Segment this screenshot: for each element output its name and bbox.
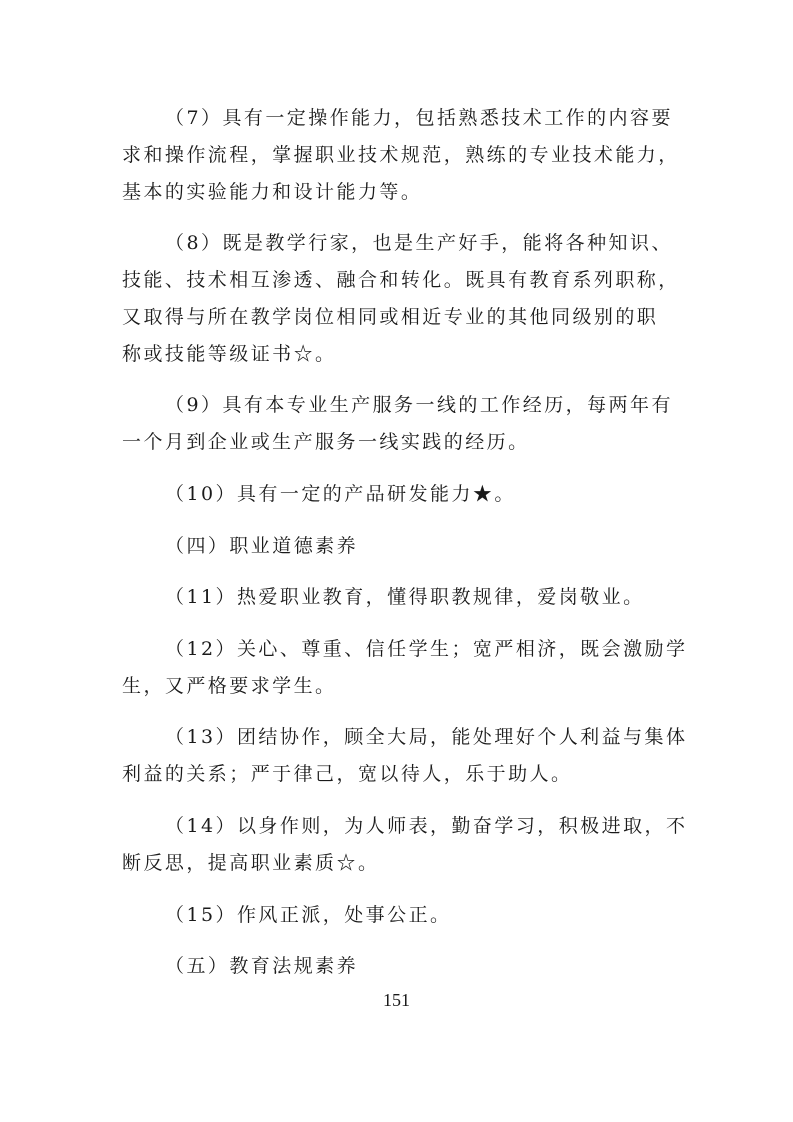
paragraph-first-line: （10）具有一定的产品研发能力★。 — [165, 482, 516, 506]
paragraph-first-line: （12）关心、尊重、信任学生；宽严相济，既会激励学 — [165, 637, 687, 661]
paragraph-first-line: （五）教育法规素养 — [165, 954, 358, 978]
paragraph-continuation-line: 又取得与所在教学岗位相同或相近专业的其他同级别的职 — [122, 305, 658, 329]
paragraph-continuation-line: 断反思，提高职业素质☆。 — [122, 851, 379, 875]
paragraph-first-line: （15）作风正派，处事公正。 — [165, 903, 451, 927]
paragraph-first-line: （13）团结协作，顾全大局，能处理好个人利益与集体 — [165, 725, 687, 749]
paragraph-first-line: （14）以身作则，为人师表，勤奋学习，积极进取，不 — [165, 814, 687, 838]
paragraph-continuation-line: 一个月到企业或生产服务一线实践的经历。 — [122, 430, 530, 454]
paragraph-continuation-line: 称或技能等级证书☆。 — [122, 342, 337, 366]
paragraph-first-line: （11）热爱职业教育，懂得职教规律，爱岗敬业。 — [165, 585, 645, 609]
paragraph-continuation-line: 求和操作流程，掌握职业技术规范，熟练的专业技术能力， — [122, 143, 680, 167]
paragraph-continuation-line: 基本的实验能力和设计能力等。 — [122, 180, 422, 204]
document-page: （7）具有一定操作能力，包括熟悉技术工作的内容要求和操作流程，掌握职业技术规范，… — [0, 0, 793, 1122]
paragraph-first-line: （四）职业道德素养 — [165, 534, 358, 558]
paragraph-first-line: （9）具有本专业生产服务一线的工作经历，每两年有 — [165, 393, 673, 417]
paragraph-continuation-line: 生，又严格要求学生。 — [122, 674, 337, 698]
paragraph-first-line: （7）具有一定操作能力，包括熟悉技术工作的内容要 — [165, 106, 673, 130]
page-number: 151 — [0, 990, 793, 1011]
paragraph-continuation-line: 技能、技术相互渗透、融合和转化。既具有教育系列职称， — [122, 268, 680, 292]
paragraph-first-line: （8）既是教学行家，也是生产好手，能将各种知识、 — [165, 231, 673, 255]
paragraph-continuation-line: 利益的关系；严于律己，宽以待人，乐于助人。 — [122, 762, 572, 786]
